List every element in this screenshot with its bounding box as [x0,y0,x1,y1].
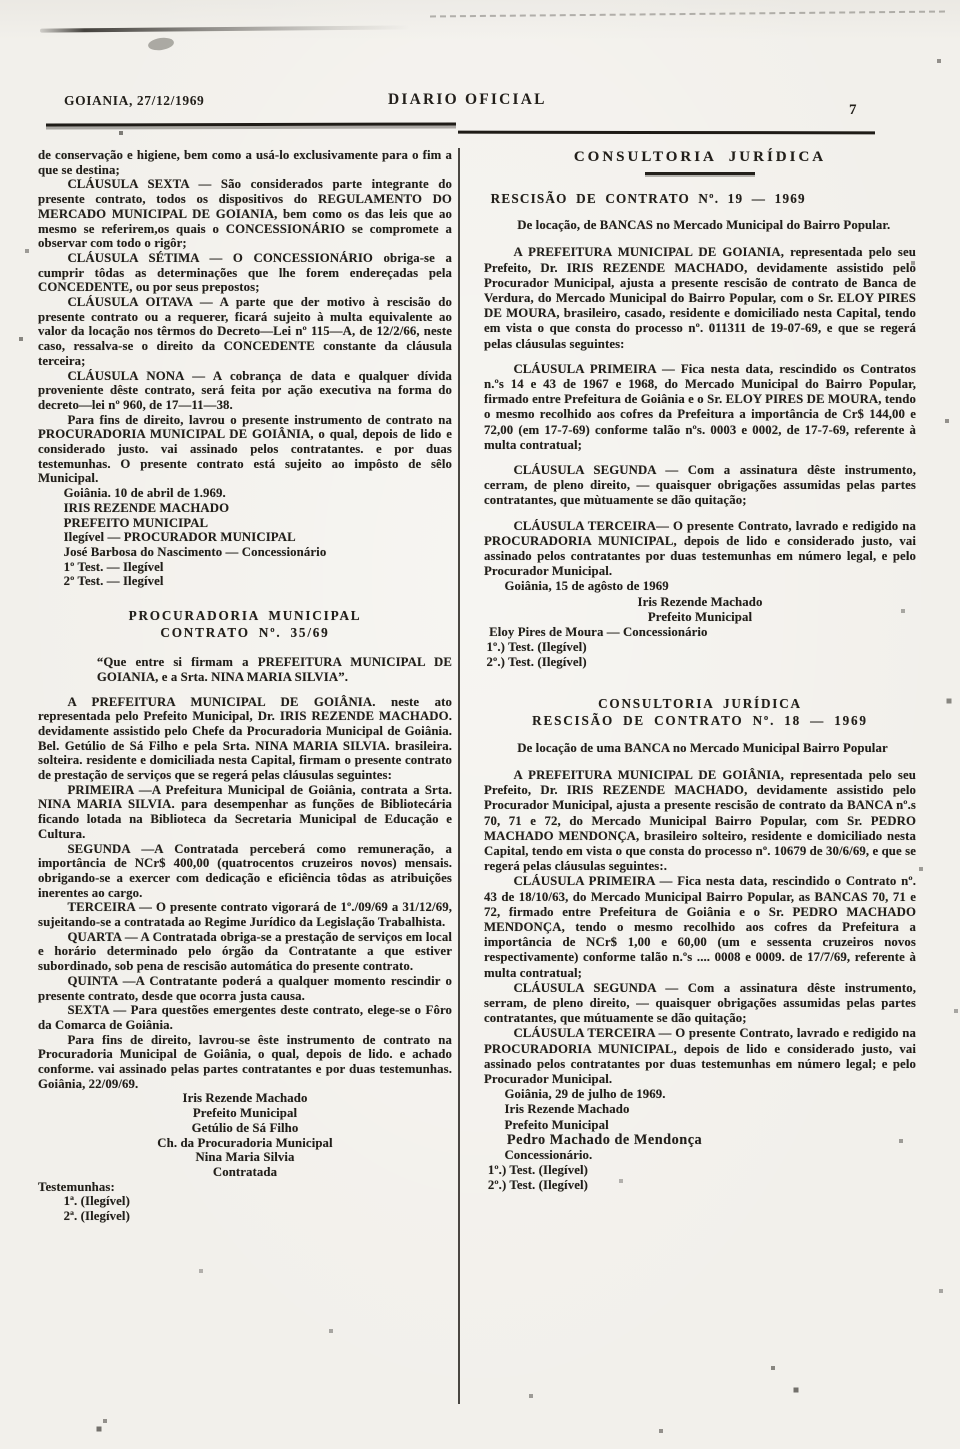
contract-number: RESCISÃO DE CONTRATO Nº. 18 — 1969 [484,712,916,729]
signature-name: Pedro Machado de Mendonça [484,1133,916,1148]
rescisao-19-ementa: De locação, de BANCAS no Mercado Municip… [517,218,893,233]
witness-line: 2º.) Test. (Ilegível) [484,1178,916,1193]
contrato-35-preambulo: A PREFEITURA MUNICIPAL DE GOIÂNIA. neste… [38,695,452,783]
rescisao-19-clausula-segunda: CLÁUSULA SEGUNDA — Com a assinatura dêst… [484,463,916,509]
continuation-paragraph: de conservação e higiene, bem como a usá… [38,148,452,177]
signature-date: Goiânia, 29 de julho de 1969. [484,1087,916,1102]
gap [484,233,916,245]
gap [38,685,452,695]
contrato-35-segunda: SEGUNDA —A Contratada perceberá como rem… [38,842,452,901]
contract-number: CONTRATO Nº. 35/69 [38,624,452,641]
gap [484,175,916,191]
signature-name: Nina Maria Silvia [38,1150,452,1165]
rescisao-19-clausula-terceira: CLÁUSULA TERCEIRA— O presente Contrato, … [484,519,916,580]
contrato-35-quarta: QUARTA — A Contratada obriga-se a presta… [38,930,452,974]
signature-title: Ch. da Procuradoria Municipal [38,1136,452,1151]
signature-name: Getúlio de Sá Filho [38,1121,452,1136]
rescisao-18-heading: CONSULTORIA JURÍDICARESCISÃO DE CONTRATO… [484,695,916,729]
witnesses-label: Testemunhas: [38,1180,452,1195]
contrato-35-ementa: “Que entre si firmam a PREFEITURA MUNICI… [97,655,452,684]
gap [484,671,916,695]
signature-title: PREFEITO MUNICIPAL [38,516,452,531]
content-columns: de conservação e higiene, bem como a usá… [38,148,920,1404]
consultoria-juridica-heading: CONSULTORIA JURÍDICA [484,148,916,167]
column-divider [458,148,460,1404]
masthead-date: GOIANIA, 27/12/1969 [64,93,204,109]
witness-line: 2º.) Test. (Ilegível) [484,655,916,670]
signature-name: Iris Rezende Machado [38,1091,452,1106]
witnesses-block-contrato-35: Testemunhas:1ª. (Ilegível)2ª. (Ilegível) [38,1180,452,1224]
gap [484,756,916,768]
signature-title: Contratada [38,1165,452,1180]
signature-date: Goiânia. 10 de abril de 1.969. [38,486,452,501]
gap [484,352,916,362]
witness-line: 1º.) Test. (Ilegível) [484,640,916,655]
rescisao-18-assinaturas: Goiânia, 29 de julho de 1969.Iris Rezend… [484,1087,916,1193]
masthead-title: DIARIO OFICIAL [388,91,547,109]
gap [484,729,916,741]
scan-artifact-blob [147,36,174,52]
scan-noise-specks [0,0,2,2]
signature-name: Iris Rezende Machado [484,595,916,610]
rescisao-18-clausula-primeira: CLÁUSULA PRIMEIRA — Fica nesta data, res… [484,874,916,980]
clausula-setima: CLÁUSULA SÉTIMA — O CONCESSIONÁRIO obrig… [38,251,452,295]
header-rule-right [458,131,875,135]
gap [38,589,452,607]
scan-artifact-smudge [40,25,410,32]
contrato-35-primeira: PRIMEIRA —A Prefeitura Municipal de Goiâ… [38,783,452,842]
signature-title: Prefeito Municipal [484,1118,916,1133]
signature-date: Goiânia, 15 de agôsto de 1969 [484,579,916,594]
signature-name: IRIS REZENDE MACHADO [38,501,452,516]
witness-line: 2ª. (Ilegível) [38,1209,452,1224]
signature-name: Ilegível — PROCURADOR MUNICIPAL [38,530,452,545]
clausula-oitava: CLÁUSULA OITAVA — A parte que der motivo… [38,295,452,369]
clausula-sexta: CLÁUSULA SEXTA — São considerados parte … [38,177,452,251]
contrato-35-heading: PROCURADORIA MUNICIPALCONTRATO Nº. 35/69 [38,607,452,641]
signature-name: Iris Rezende Machado [484,1102,916,1117]
signature-block-contrato-35: Iris Rezende MachadoPrefeito MunicipalGe… [38,1091,452,1179]
lavratura-contrato-anterior: Para fins de direito, lavrou o presente … [38,413,452,487]
rescisao-19-clausula-primeira: CLÁUSULA PRIMEIRA — Fica nesta data, res… [484,362,916,453]
signature-block-contrato-anterior: Goiânia. 10 de abril de 1.969.IRIS REZEN… [38,486,452,589]
header-rule-left [46,122,456,126]
witness-line: 2º Test. — Ilegível [38,574,452,589]
page-number: 7 [849,102,857,119]
gap [38,641,452,655]
rescisao-19-data: Goiânia, 15 de agôsto de 1969 [484,579,916,594]
signature-name: Eloy Pires de Moura — Concessionário [484,625,916,640]
rescisao-19-preambulo: A PREFEITURA MUNICIPAL DE GOIANIA, repre… [484,245,916,351]
rescisao-18-clausula-segunda: CLÁUSULA SEGUNDA — Com a assinatura dêst… [484,981,916,1027]
gap [484,509,916,519]
rescisao-18-clausula-terceira: CLÁUSULA TERCEIRA — O presente Contrato,… [484,1026,916,1087]
signature-title: Prefeito Municipal [38,1106,452,1121]
signature-name: José Barbosa do Nascimento — Concessioná… [38,545,452,560]
scan-artifact-dashes [430,11,945,18]
contrato-35-terceira: TERCEIRA — O presente contrato vigorará … [38,900,452,929]
witness-line: 1º Test. — Ilegível [38,560,452,575]
newspaper-page: GOIANIA, 27/12/1969 DIARIO OFICIAL 7 de … [0,0,960,1449]
section-title: CONSULTORIA JURÍDICA [484,695,916,712]
clausula-nona: CLÁUSULA NONA — A cobrança de data e qua… [38,369,452,413]
rescisao-19-assinaturas: Eloy Pires de Moura — Concessionário1º.)… [484,625,916,671]
rescisao-19-heading: RESCISÃO DE CONTRATO Nº. 19 — 1969 [484,191,916,206]
contrato-35-encerramento: Para fins de direito, lavrou-se êste ins… [38,1033,452,1092]
signature-title: Prefeito Municipal [484,610,916,625]
rescisao-18-ementa: De locação de uma BANCA no Mercado Munic… [517,741,893,756]
contrato-35-sexta: SEXTA — Para questões emergentes deste c… [38,1003,452,1032]
witness-line: 1ª. (Ilegível) [38,1194,452,1209]
contrato-35-quinta: QUINTA —A Contratante poderá a qualquer … [38,974,452,1003]
rescisao-19-assinatura-prefeito: Iris Rezende MachadoPrefeito Municipal [484,595,916,625]
gap [484,206,916,218]
witness-line: 1º.) Test. (Ilegível) [484,1163,916,1178]
gap [484,453,916,463]
rescisao-18-preambulo: A PREFEITURA MUNICIPAL DE GOIÂNIA, repre… [484,768,916,874]
section-title: PROCURADORIA MUNICIPAL [38,607,452,624]
right-column: CONSULTORIA JURÍDICARESCISÃO DE CONTRATO… [484,148,916,1194]
signature-title: Concessionário. [484,1148,916,1163]
left-column: de conservação e higiene, bem como a usá… [38,148,452,1224]
